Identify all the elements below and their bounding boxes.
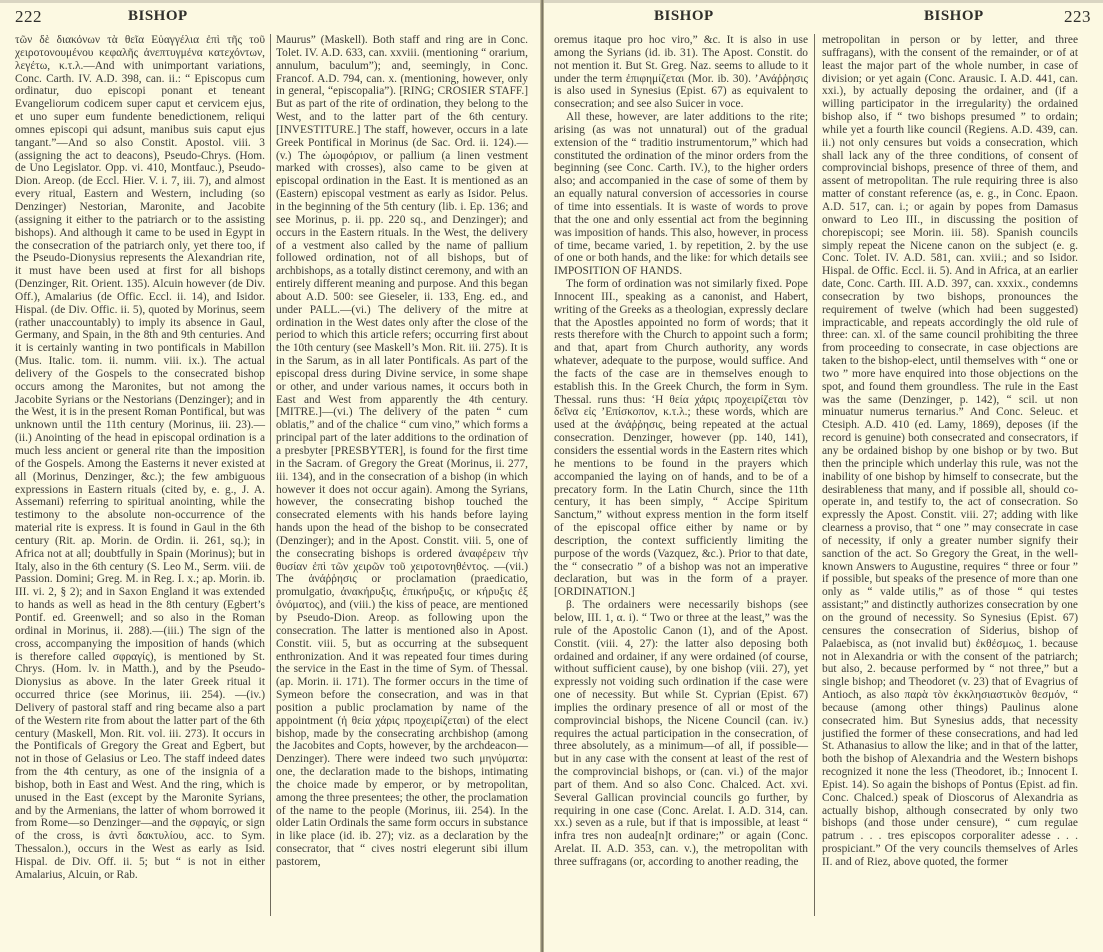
- column-2: Maurus” (Maskell). Both staff and ring a…: [276, 34, 528, 869]
- page-number-right: 223: [1064, 7, 1091, 29]
- right-page: BISHOP BISHOP 223 oremus itaque pro hoc …: [544, 0, 1103, 952]
- running-head-left: BISHOP: [128, 8, 188, 30]
- column-4-paragraph: metropolitan in person or by letter, and…: [822, 34, 1078, 869]
- column-3-paragraph-2: All these, however, are later additions …: [554, 111, 808, 278]
- column-1-paragraph: τῶν δὲ διακόνων τὰ θεῖα Εὐαγγέλια ἐπὶ τῆ…: [15, 34, 265, 882]
- column-3: oremus itaque pro hoc viro,” &c. It is a…: [554, 34, 808, 869]
- column-3-paragraph-1: oremus itaque pro hoc viro,” &c. It is a…: [554, 34, 808, 111]
- column-rule-left: [270, 34, 271, 916]
- column-3-paragraph-4: β. The ordainers were necessarily bishop…: [554, 599, 808, 869]
- column-rule-right: [814, 34, 815, 916]
- running-head-right-2: BISHOP: [924, 8, 984, 30]
- column-1: τῶν δὲ διακόνων τὰ θεῖα Εὐαγγέλια ἐπὶ τῆ…: [15, 34, 265, 882]
- book-spread: 222 BISHOP τῶν δὲ διακόνων τὰ θεῖα Εὐαγγ…: [0, 0, 1103, 952]
- page-number-left: 222: [15, 7, 42, 29]
- left-page: 222 BISHOP τῶν δὲ διακόνων τὰ θεῖα Εὐαγγ…: [0, 0, 540, 952]
- column-2-paragraph: Maurus” (Maskell). Both staff and ring a…: [276, 34, 528, 869]
- column-4: metropolitan in person or by letter, and…: [822, 34, 1078, 869]
- running-head-right-1: BISHOP: [654, 8, 714, 30]
- column-3-paragraph-3: The form of ordination was not similarly…: [554, 278, 808, 599]
